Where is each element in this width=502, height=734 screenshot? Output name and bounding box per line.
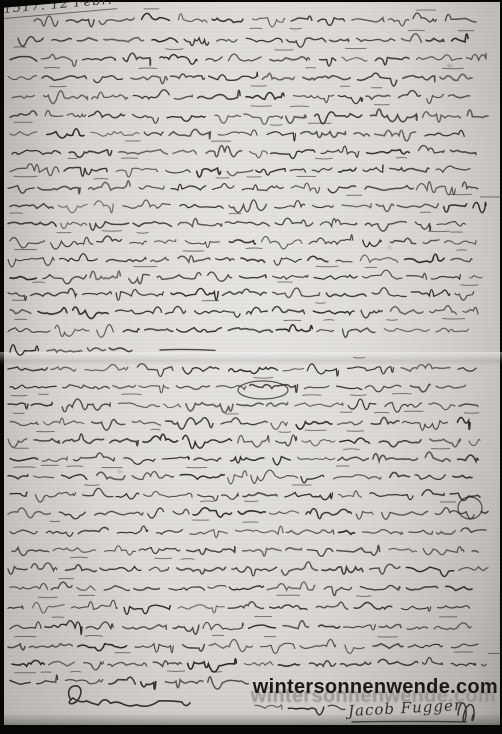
handwriting-line <box>10 231 476 250</box>
handwriting-line <box>12 141 476 158</box>
handwriting-line <box>10 47 486 67</box>
handwriting-svg <box>0 0 502 734</box>
handwriting-line <box>8 282 478 301</box>
handwriting-line <box>10 300 478 318</box>
handwriting-line <box>10 485 480 502</box>
handwriting-line <box>8 501 488 519</box>
closing-flourish <box>69 686 190 707</box>
handwriting-line <box>8 176 478 195</box>
handwriting-line <box>8 67 472 86</box>
handwriting-line <box>12 545 478 556</box>
handwriting-line <box>8 319 469 338</box>
handwriting-line <box>12 86 470 104</box>
handwriting-line <box>10 266 482 284</box>
document-scan: 1517. 12 Febr. Jacob Fugger wintersonnen… <box>0 0 502 734</box>
handwriting-line <box>10 411 479 430</box>
handwriting-line <box>10 448 478 465</box>
handwriting-line <box>8 635 478 653</box>
watermark-text: wintersonnenwende.com <box>253 676 498 698</box>
handwriting-line <box>8 248 472 267</box>
handwriting-line <box>8 394 478 413</box>
watermark: wintersonnenwende.com wintersonnenwende.… <box>253 677 498 707</box>
circled-word-mark <box>458 497 482 519</box>
handwriting-line <box>10 671 248 689</box>
handwriting-line <box>10 122 464 141</box>
handwriting-line <box>10 617 471 635</box>
handwriting-line <box>10 158 470 178</box>
circled-word-mark <box>238 381 288 399</box>
handwriting-line <box>10 345 132 355</box>
handwriting-line <box>10 579 472 596</box>
handwriting-line <box>10 520 486 538</box>
handwriting-line <box>10 105 488 125</box>
handwriting-line <box>12 652 502 672</box>
handwriting-line <box>10 194 502 213</box>
handwriting-line <box>8 212 465 231</box>
paper-edge-shadow <box>0 713 502 725</box>
handwriting-line <box>34 9 476 27</box>
handwriting-line <box>8 465 472 484</box>
handwriting-line <box>8 429 480 448</box>
handwriting-line <box>18 28 474 47</box>
handwriting-line <box>8 357 476 376</box>
handwriting-line <box>8 557 488 576</box>
handwriting-line <box>8 595 470 614</box>
pen-dash <box>160 349 215 350</box>
